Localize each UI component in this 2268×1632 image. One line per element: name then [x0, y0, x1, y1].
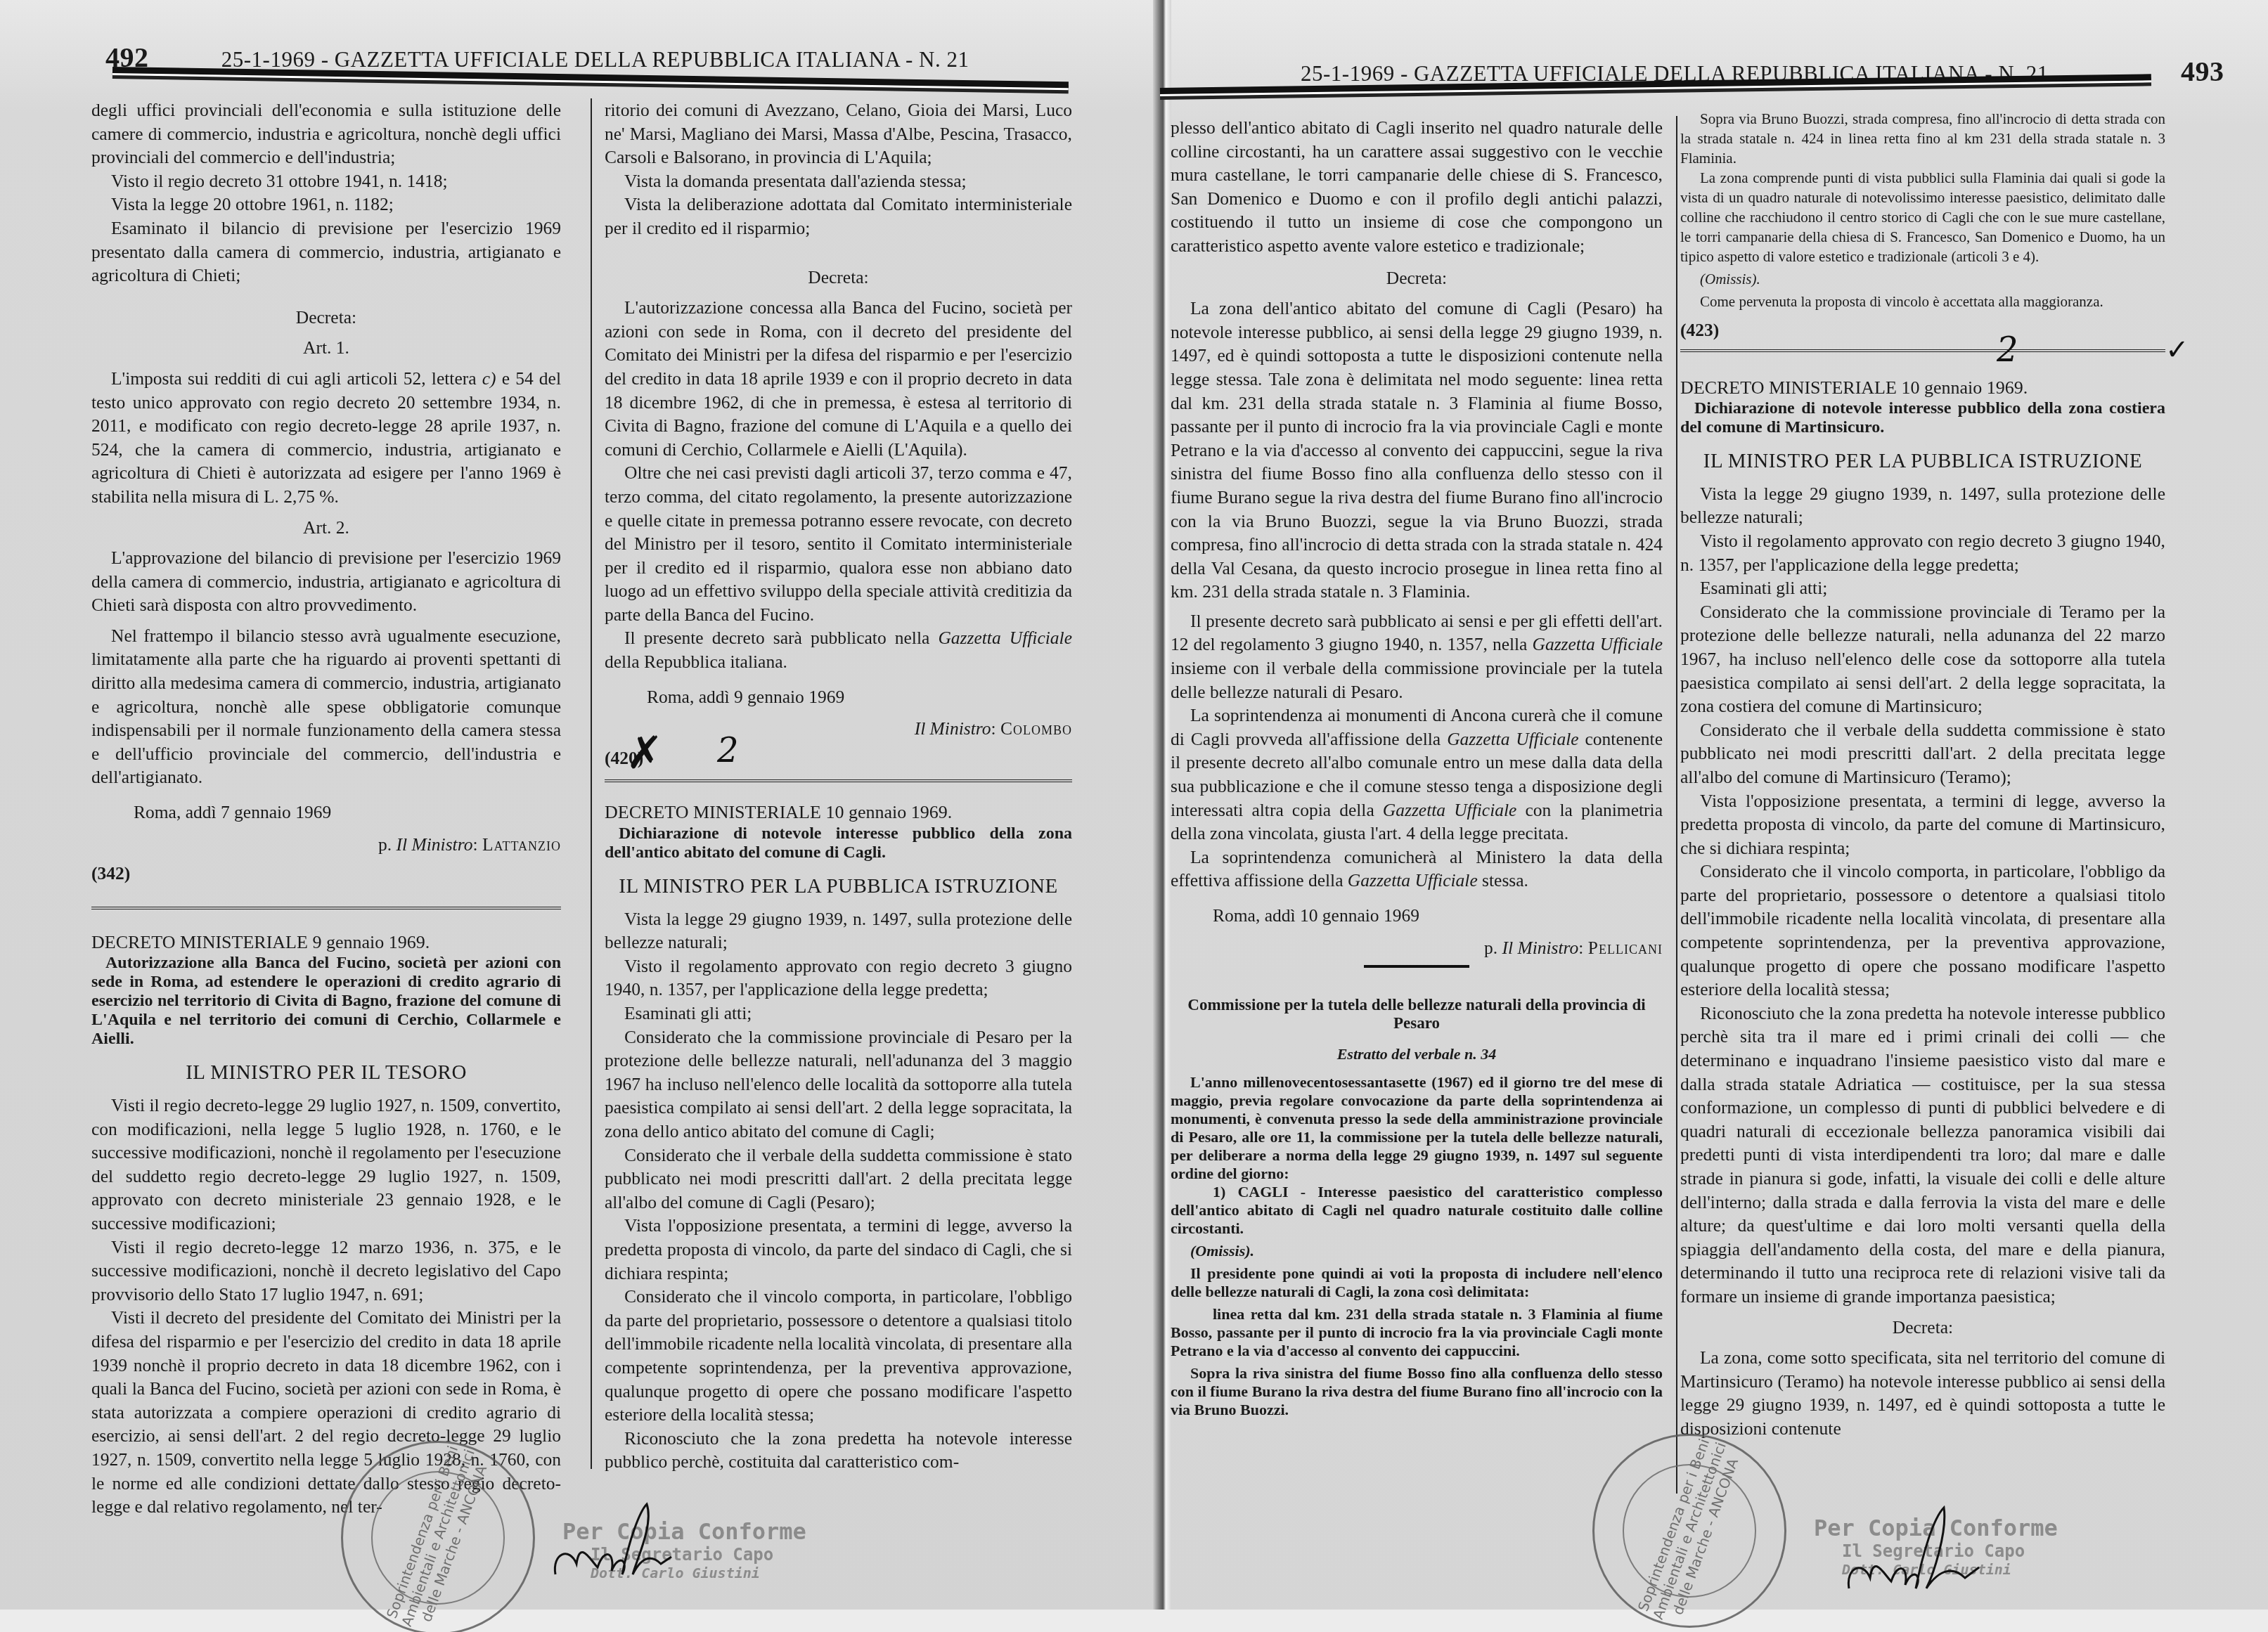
- page-gutter: [1153, 0, 1171, 1632]
- paragraph: Nel frattempo il bilancio stesso avrà ug…: [91, 624, 561, 789]
- minister-heading: IL MINISTRO PER IL TESORO: [91, 1061, 561, 1085]
- paragraph: Vista la legge 29 giugno 1939, n. 1497, …: [605, 907, 1072, 954]
- right-column-2: Sopra via Bruno Buozzi, strada compresa,…: [1680, 109, 2165, 1441]
- paragraph: Vista l'opposizione presentata, a termin…: [1680, 789, 2165, 860]
- official-round-stamp: Soprintendenza per i Beni Ambientali e A…: [341, 1441, 535, 1632]
- paragraph: Vista la domanda presentata dall'azienda…: [605, 169, 1072, 193]
- handwritten-checkmark: ✓: [2165, 334, 2189, 366]
- paragraph: Come pervenuta la proposta di vincolo è …: [1680, 292, 2165, 311]
- paragraph: Visto il regolamento approvato con regio…: [605, 954, 1072, 1002]
- paragraph: La zona, come sotto specificata, sita ne…: [1680, 1346, 2165, 1440]
- minister-heading: IL MINISTRO PER LA PUBBLICA ISTRUZIONE: [605, 875, 1072, 899]
- paragraph: Sopra via Bruno Buozzi, strada compresa,…: [1680, 109, 2165, 168]
- paragraph: La zona comprende punti di vista pubblic…: [1680, 168, 2165, 266]
- bottom-margin: [0, 1610, 2268, 1632]
- section-divider: [1680, 342, 2165, 352]
- paragraph: Considerato che il vincolo comporta, in …: [605, 1285, 1072, 1427]
- page-number: 493: [2181, 56, 2224, 87]
- handwritten-signature: [548, 1497, 675, 1588]
- paragraph: degli uffici provinciali dell'economia e…: [91, 98, 561, 169]
- handwritten-mark: 2: [1997, 330, 2018, 370]
- column-separator: [1676, 116, 1677, 1494]
- signature-line: p. Il Ministro: Pellicani: [1171, 936, 1663, 960]
- article-heading: Art. 1.: [91, 336, 561, 360]
- paragraph: Considerato che il verbale della suddett…: [605, 1144, 1072, 1215]
- decree-title: DECRETO MINISTERIALE 10 gennaio 1969.: [605, 801, 1072, 824]
- paragraph: La soprintendenza ai monumenti di Ancona…: [1171, 704, 1663, 846]
- place-date: Roma, addì 9 gennaio 1969: [605, 685, 1072, 709]
- paragraph: plesso dell'antico abitato di Cagli inse…: [1171, 116, 1663, 258]
- paragraph: Visto il regio decreto 31 ottobre 1941, …: [91, 169, 561, 193]
- decree-subject: Autorizzazione alla Banca del Fucino, so…: [91, 954, 561, 1049]
- left-column-2: ritorio dei comuni di Avezzano, Celano, …: [605, 98, 1072, 1474]
- decree-subject: Dichiarazione di notevole interesse pubb…: [605, 824, 1072, 862]
- paragraph: (Omissis).: [1171, 1242, 1663, 1260]
- paragraph: Esaminati gli atti;: [1680, 576, 2165, 600]
- paragraph: L'anno millenovecentosessantasette (1967…: [1171, 1073, 1663, 1183]
- short-divider: [1364, 965, 1469, 968]
- handwritten-mark: 2: [717, 731, 739, 770]
- paragraph: Esaminato il bilancio di previsione per …: [91, 216, 561, 287]
- paragraph: Vista l'opposizione presentata, a termin…: [605, 1214, 1072, 1285]
- paragraph: (Omissis).: [1680, 269, 2165, 289]
- paragraph: Vista la deliberazione adottata dal Comi…: [605, 193, 1072, 240]
- extract-title: Estratto del verbale n. 34: [1171, 1042, 1663, 1066]
- paragraph: Riconosciuto che la zona predetta ha not…: [1680, 1002, 2165, 1309]
- reference-number: (420): [605, 746, 1072, 770]
- decree-subject: Dichiarazione di notevole interesse pubb…: [1680, 399, 2165, 437]
- article-heading: Art. 2.: [91, 516, 561, 540]
- paragraph: Vista la legge 20 ottobre 1961, n. 1182;: [91, 193, 561, 216]
- paragraph: Considerato che la commissione provincia…: [1680, 600, 2165, 718]
- section-heading: Decreta:: [1680, 1316, 2165, 1340]
- reference-number: (423): [1680, 318, 2165, 342]
- paragraph: Visto il regolamento approvato con regio…: [1680, 529, 2165, 576]
- decree-title: DECRETO MINISTERIALE 9 gennaio 1969.: [91, 931, 561, 954]
- paragraph: La soprintendenza comunicherà al Ministe…: [1171, 846, 1663, 893]
- header-title: 25-1-1969 - GAZZETTA UFFICIALE DELLA REP…: [221, 47, 969, 72]
- section-heading: Decreta:: [1171, 266, 1663, 290]
- minister-heading: IL MINISTRO PER LA PUBBLICA ISTRUZIONE: [1680, 450, 2165, 474]
- section-divider: [91, 886, 561, 909]
- section-divider: [605, 770, 1072, 782]
- paragraph: L'autorizzazione concessa alla Banca del…: [605, 296, 1072, 461]
- paragraph: Il presidente pone quindi ai voti la pro…: [1171, 1264, 1663, 1301]
- place-date: Roma, addì 7 gennaio 1969: [91, 801, 561, 824]
- handwritten-checkmark: ✗: [626, 727, 664, 779]
- paragraph: Considerato che il vincolo comporta, in …: [1680, 860, 2165, 1002]
- paragraph: Considerato che la commissione provincia…: [605, 1025, 1072, 1144]
- paragraph: Considerato che il verbale della suddett…: [1680, 718, 2165, 789]
- paragraph: Riconosciuto che la zona predetta ha not…: [605, 1427, 1072, 1474]
- signature-line: Il Ministro: Colombo: [605, 717, 1072, 741]
- paragraph: ritorio dei comuni di Avezzano, Celano, …: [605, 98, 1072, 169]
- paragraph: Sopra la riva sinistra del fiume Bosso f…: [1171, 1364, 1663, 1419]
- paragraph: L'approvazione del bilancio di prevision…: [91, 546, 561, 617]
- reference-number: (342): [91, 862, 561, 886]
- commission-title: Commissione per la tutela delle bellezze…: [1185, 996, 1649, 1032]
- column-separator: [591, 98, 592, 1469]
- section-heading: Decreta:: [605, 266, 1072, 290]
- paragraph: Il presente decreto sarà pubblicato nell…: [605, 626, 1072, 673]
- place-date: Roma, addì 10 gennaio 1969: [1171, 904, 1663, 928]
- section-heading: Decreta:: [91, 306, 561, 330]
- paragraph: Oltre che nei casi previsti dagli artico…: [605, 461, 1072, 626]
- official-round-stamp: Soprintendenza per i Beni Ambientali e A…: [1592, 1434, 1786, 1628]
- paragraph: Visti il regio decreto-legge 12 marzo 19…: [91, 1236, 561, 1307]
- signature-line: p. Il Ministro: Lattanzio: [91, 833, 561, 857]
- decree-title: DECRETO MINISTERIALE 10 gennaio 1969.: [1680, 376, 2165, 400]
- paragraph: Vista la legge 29 giugno 1939, n. 1497, …: [1680, 482, 2165, 529]
- right-column-1: plesso dell'antico abitato di Cagli inse…: [1171, 116, 1663, 1419]
- left-column-1: degli uffici provinciali dell'economia e…: [91, 98, 561, 1519]
- paragraph: 1) CAGLI - Interesse paesistico del cara…: [1171, 1183, 1663, 1238]
- paragraph: Visti il regio decreto-legge 29 luglio 1…: [91, 1094, 561, 1236]
- paragraph: linea retta dal km. 231 della strada sta…: [1171, 1305, 1663, 1360]
- paragraph: Il presente decreto sarà pubblicato ai s…: [1171, 609, 1663, 704]
- paragraph: Esaminati gli atti;: [605, 1002, 1072, 1025]
- handwritten-signature: [1842, 1504, 1983, 1602]
- paragraph: L'imposta sui redditi di cui agli artico…: [91, 367, 561, 509]
- paragraph: La zona dell'antico abitato del comune d…: [1171, 297, 1663, 604]
